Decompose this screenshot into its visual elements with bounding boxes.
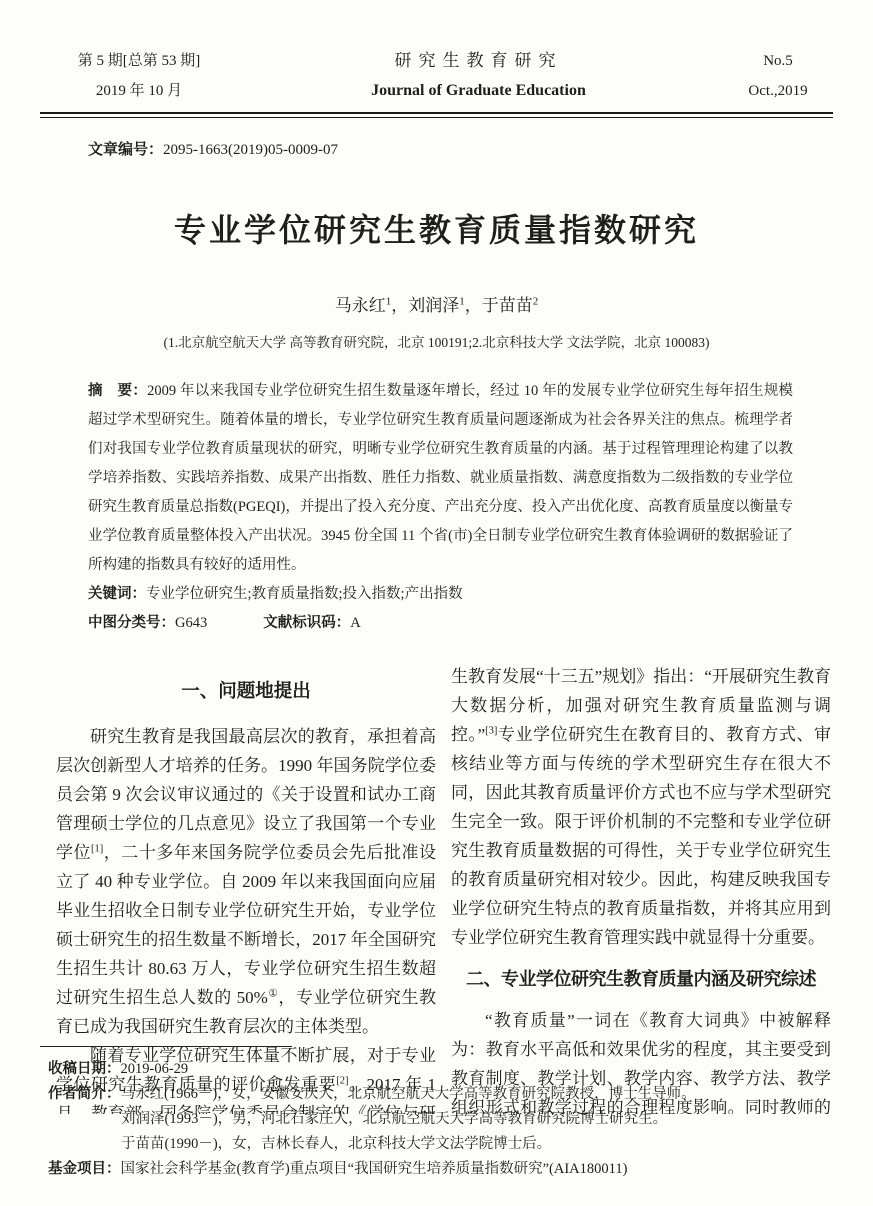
- fund-project-label: 基金项目：: [48, 1161, 121, 1177]
- issue-number-line: 第 5 期[总第 53 期]: [44, 46, 234, 76]
- keywords-text: 专业学位研究生;教育质量指数;投入指数;产出指数: [146, 586, 463, 602]
- header-issue-block: 第 5 期[总第 53 期] 2019 年 10 月: [44, 46, 234, 106]
- paper-title: 专业学位研究生教育质量指数研究: [0, 205, 873, 251]
- fund-project-text: 国家社会科学基金(教育学)重点项目“我国研究生培养质量指数研究”(AIA1800…: [121, 1161, 628, 1177]
- classification-line: 中图分类号：G643文献标识码：A: [88, 609, 793, 638]
- clc-label: 中图分类号：: [88, 615, 175, 631]
- received-date-label: 收稿日期：: [48, 1061, 121, 1077]
- keywords-line: 关键词：专业学位研究生;教育质量指数;投入指数;产出指数: [88, 580, 793, 609]
- clc-value: G643: [175, 615, 207, 631]
- article-number-label: 文章编号：: [88, 141, 163, 158]
- affiliation-line: (1.北京航空航天大学 高等教育研究院，北京 100191;2.北京科技大学 文…: [0, 331, 873, 351]
- footnote-divider: [40, 1046, 292, 1047]
- journal-header: 第 5 期[总第 53 期] 2019 年 10 月 研究生教育研究 Journ…: [44, 46, 833, 106]
- body-paragraph: 研究生教育是我国最高层次的教育，承担着高层次创新型人才培养的任务。1990 年国…: [56, 722, 436, 1041]
- authors-line: 马永红1，刘润泽1，于苗苗2: [0, 291, 873, 316]
- keywords-label: 关键词：: [88, 586, 146, 602]
- author-name: 刘润泽: [408, 296, 459, 315]
- author-separator: ，: [465, 296, 482, 315]
- author-bio-line: 刘润泽(1993－)，男，河北石家庄人，北京航空航天大学高等教育研究院博士研究生…: [48, 1107, 833, 1132]
- journal-title-en: Journal of Graduate Education: [234, 76, 723, 106]
- body-paragraph: 生教育发展“十三五”规划》指出：“开展研究生教育大数据分析，加强对研究生教育质量…: [451, 662, 831, 952]
- paper-page: 第 5 期[总第 53 期] 2019 年 10 月 研究生教育研究 Journ…: [0, 0, 873, 1206]
- received-date-value: 2019-06-29: [121, 1061, 189, 1077]
- footnote-block: 收稿日期：2019-06-29 作者简介：马永红(1966－)，女，安徽安庆人，…: [0, 1046, 873, 1182]
- received-date-line: 收稿日期：2019-06-29: [48, 1057, 833, 1082]
- author-affil-superscript: 2: [533, 295, 539, 307]
- header-no-block: No.5 Oct.,2019: [723, 46, 833, 106]
- issue-no-en: No.5: [723, 46, 833, 76]
- abstract-text: 2009 年以来我国专业学位研究生招生数量逐年增长，经过 10 年的发展专业学位…: [88, 383, 793, 573]
- author-bio-text: 马永红(1966－)，女，安徽安庆人，北京航空航天大学高等教育研究院教授，博士生…: [121, 1086, 696, 1102]
- issue-date-line: 2019 年 10 月: [44, 76, 234, 106]
- article-number-value: 2095-1663(2019)05-0009-07: [163, 142, 338, 158]
- header-journal-block: 研究生教育研究 Journal of Graduate Education: [234, 46, 723, 106]
- doc-code-label: 文献标识码：: [263, 615, 350, 631]
- abstract-label: 摘 要：: [88, 383, 147, 399]
- journal-title-cn: 研究生教育研究: [234, 46, 723, 76]
- author-separator: ，: [391, 296, 408, 315]
- author-bio-line: 于苗苗(1990－)，女，吉林长春人，北京科技大学文法学院博士后。: [48, 1132, 833, 1157]
- author-bio-label: 作者简介：: [48, 1086, 121, 1102]
- fund-project-line: 基金项目：国家社会科学基金(教育学)重点项目“我国研究生培养质量指数研究”(AI…: [48, 1157, 833, 1182]
- issue-date-en: Oct.,2019: [723, 76, 833, 106]
- article-number: 文章编号：2095-1663(2019)05-0009-07: [88, 138, 873, 159]
- section-2-heading: 二、专业学位研究生教育质量内涵及研究综述: [451, 966, 831, 992]
- section-1-heading: 一、问题地提出: [56, 678, 436, 704]
- author-bio-line: 作者简介：马永红(1966－)，女，安徽安庆人，北京航空航天大学高等教育研究院教…: [48, 1082, 833, 1107]
- abstract-paragraph: 摘 要：2009 年以来我国专业学位研究生招生数量逐年增长，经过 10 年的发展…: [88, 377, 793, 580]
- author-name: 马永红: [335, 296, 386, 315]
- abstract-block: 摘 要：2009 年以来我国专业学位研究生招生数量逐年增长，经过 10 年的发展…: [88, 377, 793, 638]
- header-divider: [40, 112, 833, 118]
- doc-code-value: A: [350, 615, 360, 631]
- footnote-lines: 收稿日期：2019-06-29 作者简介：马永红(1966－)，女，安徽安庆人，…: [48, 1057, 833, 1182]
- author-name: 于苗苗: [482, 296, 533, 315]
